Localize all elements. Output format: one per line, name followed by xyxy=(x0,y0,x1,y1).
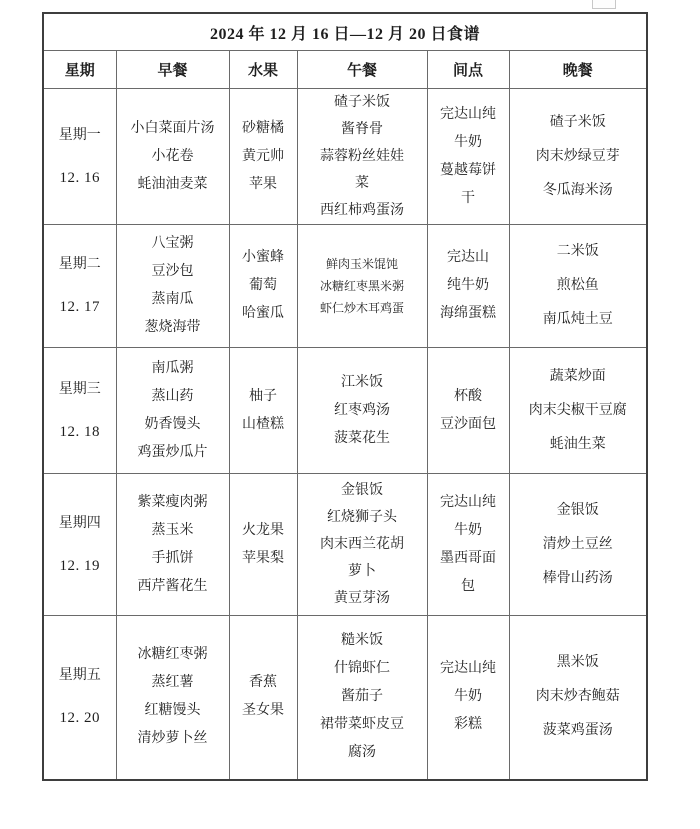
menu-item: 手抓饼 xyxy=(125,545,221,573)
day-cell: 星期三12. 18 xyxy=(43,348,116,474)
menu-item: 金银饭 xyxy=(520,497,637,525)
menu-item: 菠菜花生 xyxy=(316,425,409,453)
weekday-label: 星期三 xyxy=(44,376,116,404)
date-label: 12. 17 xyxy=(44,293,116,321)
menu-item: 清炒萝卜丝 xyxy=(125,725,221,753)
snack-cell: 完达山纯牛奶墨西哥面包 xyxy=(427,474,509,616)
column-header-snack: 间点 xyxy=(427,51,509,89)
column-header-breakfast: 早餐 xyxy=(116,51,229,89)
menu-item: 香蕉 xyxy=(238,669,289,697)
menu-item: 蔓越莓饼干 xyxy=(438,157,499,213)
menu-row-3: 星期三12. 18南瓜粥蒸山药奶香馒头鸡蛋炒瓜片柚子山楂糕江米饭红枣鸡汤菠菜花生… xyxy=(43,348,647,474)
menu-item: 墨西哥面包 xyxy=(438,545,499,601)
menu-item: 蒸红薯 xyxy=(125,669,221,697)
menu-item: 蔬菜炒面 xyxy=(520,363,637,391)
menu-item: 彩糕 xyxy=(438,711,499,739)
menu-table: 2024 年 12 月 16 日—12 月 20 日食谱 星期 早餐 水果 午餐… xyxy=(42,12,648,781)
menu-item: 完达山纯牛奶 xyxy=(438,489,499,545)
menu-item: 蒸南瓜 xyxy=(125,286,221,314)
menu-item: 蒸玉米 xyxy=(125,517,221,545)
menu-item: 鸡蛋炒瓜片 xyxy=(125,439,221,467)
date-label: 12. 18 xyxy=(44,418,116,446)
menu-item: 蒜蓉粉丝娃娃菜 xyxy=(316,143,409,197)
menu-item: 冰糖红枣粥 xyxy=(125,641,221,669)
menu-item: 冬瓜海米汤 xyxy=(520,177,637,205)
menu-item: 黑米饭 xyxy=(520,649,637,677)
dinner-cell: 黑米饭肉末炒杏鲍菇菠菜鸡蛋汤 xyxy=(509,616,647,780)
menu-item: 砂糖橘 xyxy=(238,115,289,143)
breakfast-cell: 八宝粥豆沙包蒸南瓜葱烧海带 xyxy=(116,225,229,348)
menu-item: 小花卷 xyxy=(125,143,221,171)
menu-item: 黄豆芽汤 xyxy=(316,585,409,612)
fruit-cell: 火龙果苹果梨 xyxy=(229,474,297,616)
menu-row-1: 星期一12. 16小白菜面片汤小花卷蚝油油麦菜砂糖橘黄元帅苹果碴子米饭酱脊骨蒜蓉… xyxy=(43,89,647,225)
menu-item: 紫菜瘦肉粥 xyxy=(125,489,221,517)
menu-item: 虾仁炒木耳鸡蛋 xyxy=(316,297,409,319)
day-cell: 星期一12. 16 xyxy=(43,89,116,225)
menu-item: 完达山 xyxy=(438,244,499,272)
breakfast-cell: 小白菜面片汤小花卷蚝油油麦菜 xyxy=(116,89,229,225)
menu-item: 碴子米饭 xyxy=(316,89,409,116)
column-header-lunch: 午餐 xyxy=(297,51,427,89)
lunch-cell: 鲜肉玉米馄饨冰糖红枣黑米粥虾仁炒木耳鸡蛋 xyxy=(297,225,427,348)
snack-cell: 完达山纯牛奶蔓越莓饼干 xyxy=(427,89,509,225)
dinner-cell: 二米饭煎松鱼南瓜炖土豆 xyxy=(509,225,647,348)
menu-item: 酱茄子 xyxy=(316,683,409,711)
menu-item: 纯牛奶 xyxy=(438,272,499,300)
menu-item: 菠菜鸡蛋汤 xyxy=(520,717,637,745)
menu-item: 糙米饭 xyxy=(316,627,409,655)
menu-item: 酱脊骨 xyxy=(316,116,409,143)
menu-item: 鲜肉玉米馄饨 xyxy=(316,253,409,275)
menu-item: 苹果 xyxy=(238,171,289,199)
menu-item: 葱烧海带 xyxy=(125,314,221,342)
dinner-cell: 蔬菜炒面肉末尖椒干豆腐蚝油生菜 xyxy=(509,348,647,474)
menu-row-2: 星期二12. 17八宝粥豆沙包蒸南瓜葱烧海带小蜜蜂葡萄哈蜜瓜鲜肉玉米馄饨冰糖红枣… xyxy=(43,225,647,348)
menu-item: 西芹酱花生 xyxy=(125,573,221,601)
menu-item: 二米饭 xyxy=(520,238,637,266)
menu-item: 肉末尖椒干豆腐 xyxy=(520,397,637,425)
menu-item: 苹果梨 xyxy=(238,545,289,573)
dinner-cell: 金银饭清炒土豆丝棒骨山药汤 xyxy=(509,474,647,616)
breakfast-cell: 紫菜瘦肉粥蒸玉米手抓饼西芹酱花生 xyxy=(116,474,229,616)
menu-item: 豆沙面包 xyxy=(438,411,499,439)
menu-item: 金银饭 xyxy=(316,477,409,504)
day-cell: 星期二12. 17 xyxy=(43,225,116,348)
weekday-label: 星期四 xyxy=(44,510,116,538)
menu-item: 江米饭 xyxy=(316,369,409,397)
menu-item: 葡萄 xyxy=(238,272,289,300)
menu-item: 冰糖红枣黑米粥 xyxy=(316,275,409,297)
menu-item: 柚子 xyxy=(238,383,289,411)
date-label: 12. 19 xyxy=(44,552,116,580)
menu-item: 肉末炒杏鲍菇 xyxy=(520,683,637,711)
lunch-cell: 碴子米饭酱脊骨蒜蓉粉丝娃娃菜西红柿鸡蛋汤 xyxy=(297,89,427,225)
column-header-dinner: 晚餐 xyxy=(509,51,647,89)
lunch-cell: 金银饭红烧狮子头肉末西兰花胡萝卜黄豆芽汤 xyxy=(297,474,427,616)
menu-item: 西红柿鸡蛋汤 xyxy=(316,197,409,224)
menu-item: 蒸山药 xyxy=(125,383,221,411)
fruit-cell: 小蜜蜂葡萄哈蜜瓜 xyxy=(229,225,297,348)
title-row: 2024 年 12 月 16 日—12 月 20 日食谱 xyxy=(43,13,647,51)
weekday-label: 星期二 xyxy=(44,251,116,279)
cropped-window-fragment xyxy=(592,0,616,9)
menu-item: 完达山纯牛奶 xyxy=(438,101,499,157)
day-cell: 星期四12. 19 xyxy=(43,474,116,616)
menu-item: 红糖馒头 xyxy=(125,697,221,725)
menu-item: 什锦虾仁 xyxy=(316,655,409,683)
fruit-cell: 柚子山楂糕 xyxy=(229,348,297,474)
menu-row-4: 星期四12. 19紫菜瘦肉粥蒸玉米手抓饼西芹酱花生火龙果苹果梨金银饭红烧狮子头肉… xyxy=(43,474,647,616)
menu-item: 完达山纯牛奶 xyxy=(438,655,499,711)
menu-item: 豆沙包 xyxy=(125,258,221,286)
column-header-fruit: 水果 xyxy=(229,51,297,89)
menu-item: 奶香馒头 xyxy=(125,411,221,439)
menu-item: 圣女果 xyxy=(238,697,289,725)
date-label: 12. 16 xyxy=(44,164,116,192)
weekday-label: 星期五 xyxy=(44,662,116,690)
menu-item: 小蜜蜂 xyxy=(238,244,289,272)
fruit-cell: 砂糖橘黄元帅苹果 xyxy=(229,89,297,225)
menu-item: 小白菜面片汤 xyxy=(125,115,221,143)
dinner-cell: 碴子米饭肉末炒绿豆芽冬瓜海米汤 xyxy=(509,89,647,225)
breakfast-cell: 南瓜粥蒸山药奶香馒头鸡蛋炒瓜片 xyxy=(116,348,229,474)
menu-item: 山楂糕 xyxy=(238,411,289,439)
menu-row-5: 星期五12. 20冰糖红枣粥蒸红薯红糖馒头清炒萝卜丝香蕉圣女果糙米饭什锦虾仁酱茄… xyxy=(43,616,647,780)
menu-item: 南瓜炖土豆 xyxy=(520,306,637,334)
menu-item: 火龙果 xyxy=(238,517,289,545)
menu-item: 裙带菜虾皮豆腐汤 xyxy=(316,711,409,767)
snack-cell: 完达山纯牛奶海绵蛋糕 xyxy=(427,225,509,348)
menu-item: 肉末西兰花胡萝卜 xyxy=(316,531,409,585)
date-label: 12. 20 xyxy=(44,704,116,732)
menu-item: 哈蜜瓜 xyxy=(238,300,289,328)
lunch-cell: 糙米饭什锦虾仁酱茄子裙带菜虾皮豆腐汤 xyxy=(297,616,427,780)
weekday-label: 星期一 xyxy=(44,122,116,150)
menu-item: 海绵蛋糕 xyxy=(438,300,499,328)
column-header-day: 星期 xyxy=(43,51,116,89)
menu-item: 棒骨山药汤 xyxy=(520,565,637,593)
snack-cell: 杯酸豆沙面包 xyxy=(427,348,509,474)
table-title: 2024 年 12 月 16 日—12 月 20 日食谱 xyxy=(43,13,647,51)
menu-item: 肉末炒绿豆芽 xyxy=(520,143,637,171)
menu-item: 黄元帅 xyxy=(238,143,289,171)
day-cell: 星期五12. 20 xyxy=(43,616,116,780)
breakfast-cell: 冰糖红枣粥蒸红薯红糖馒头清炒萝卜丝 xyxy=(116,616,229,780)
menu-item: 南瓜粥 xyxy=(125,355,221,383)
menu-item: 蚝油油麦菜 xyxy=(125,171,221,199)
menu-item: 八宝粥 xyxy=(125,230,221,258)
menu-item: 杯酸 xyxy=(438,383,499,411)
menu-item: 清炒土豆丝 xyxy=(520,531,637,559)
menu-item: 蚝油生菜 xyxy=(520,431,637,459)
lunch-cell: 江米饭红枣鸡汤菠菜花生 xyxy=(297,348,427,474)
menu-item: 红枣鸡汤 xyxy=(316,397,409,425)
menu-item: 碴子米饭 xyxy=(520,109,637,137)
header-row: 星期 早餐 水果 午餐 间点 晚餐 xyxy=(43,51,647,89)
fruit-cell: 香蕉圣女果 xyxy=(229,616,297,780)
menu-item: 红烧狮子头 xyxy=(316,504,409,531)
snack-cell: 完达山纯牛奶彩糕 xyxy=(427,616,509,780)
menu-item: 煎松鱼 xyxy=(520,272,637,300)
